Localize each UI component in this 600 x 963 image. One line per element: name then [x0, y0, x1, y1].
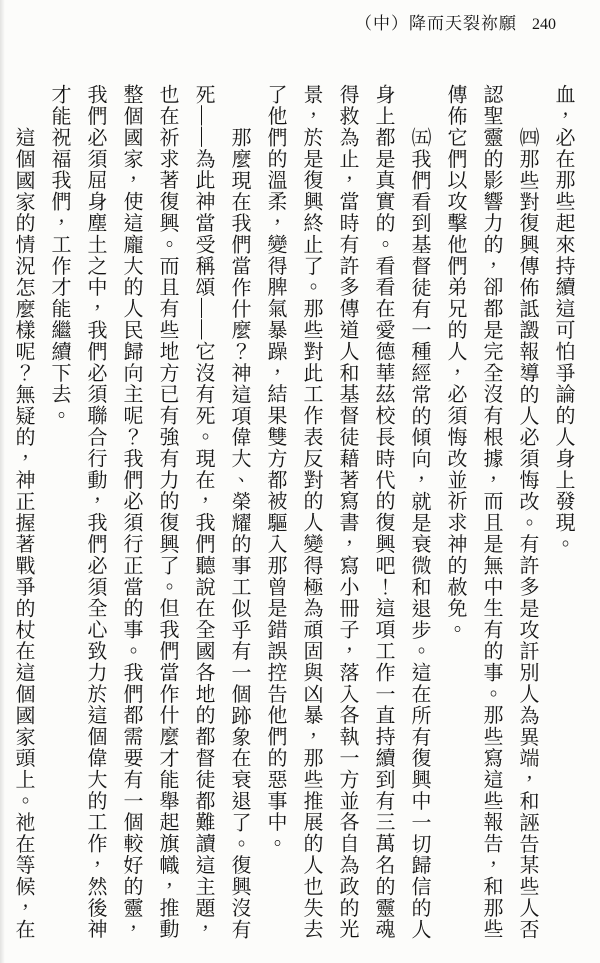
paragraph-1: 血，必在那些起來持續這可怕爭論的人身上發現。: [545, 84, 581, 942]
paragraph-3: ㈤我們看到基督徒有一種經常的傾向，就是衰微和退步。這在所有復興中一切歸信的人身上…: [257, 84, 437, 942]
page-number: 240: [532, 16, 556, 34]
paragraph-2: ㈣那些對復興傳佈詆譭報導的人必須悔改。有許多是攻訐別人為異端，和誣告某些人否認聖…: [437, 84, 545, 942]
body-text: 血，必在那些起來持續這可怕爭論的人身上發現。 ㈣那些對復興傳佈詆譭報導的人必須悔…: [5, 84, 581, 942]
running-head-title: （中）降而天裂祢願: [355, 9, 517, 34]
scanned-book-page: { "header": { "title": "（中）降而天裂祢願", "pag…: [0, 0, 600, 963]
running-head: （中）降而天裂祢願 240: [355, 9, 556, 34]
paragraph-5: 這個國家的情況怎麼樣呢？無疑的，神正握著戰爭的杖在這個國家頭上。祂在等候，在: [5, 84, 41, 942]
paragraph-4: 那麼現在我們當作什麼？神這項偉大、榮耀的事工似乎有一個跡象在衰退了。復興沒有死—…: [41, 84, 257, 942]
